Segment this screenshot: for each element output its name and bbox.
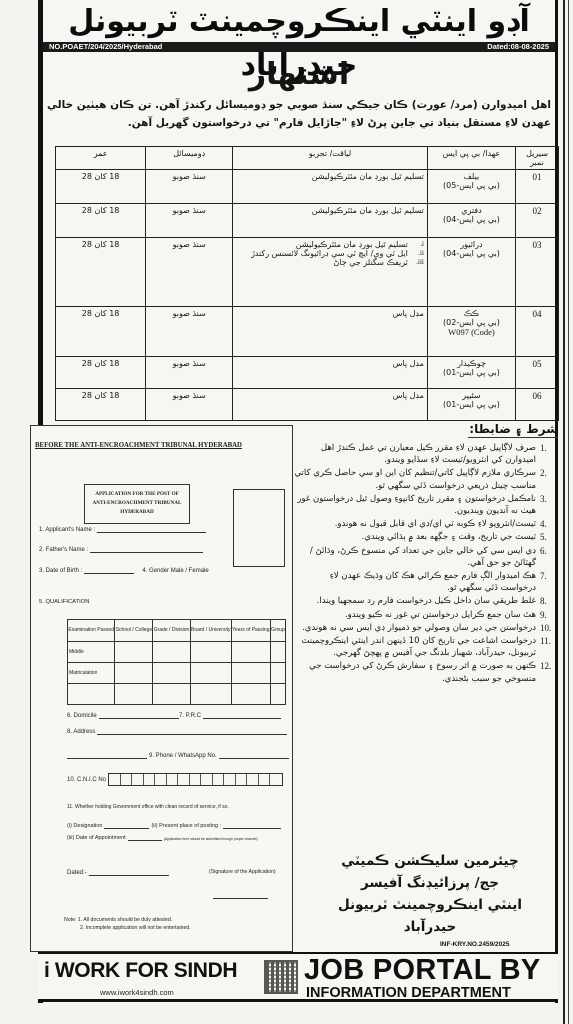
- inf-number: INF-KRY.NO.2459/2025: [440, 941, 510, 948]
- list-item: 10.درخواستن جي دير سان وصولي جو ذميوار ڊ…: [292, 622, 558, 634]
- terms-list: 1.صرف لاڳاپيل عهدن لاءِ مقرر ڪيل معيارن …: [292, 442, 558, 685]
- list-item: 5.ٽيسٽ جي تاريخ، وقت ۽ جڳهه بعد ۾ ٻڌائي …: [292, 531, 558, 543]
- domicile-cell: سنڌ صوبو: [146, 170, 233, 204]
- item-marker: iii.: [414, 258, 424, 267]
- post-name: دفتري: [431, 206, 512, 215]
- qr-code-icon: [264, 960, 298, 994]
- domicile-cell: سنڌ صوبو: [146, 307, 233, 357]
- serial-cell: 02: [515, 204, 558, 238]
- qual-row[interactable]: [68, 684, 286, 705]
- qual-row[interactable]: Matriculation: [68, 663, 286, 684]
- post-cell: سئيپر(بي پي ايس-01): [427, 389, 515, 421]
- father-name-field[interactable]: 2. Father's Name :: [39, 546, 203, 553]
- website-link[interactable]: www.iwork4sindh.com: [100, 988, 174, 997]
- signature-line[interactable]: [213, 892, 268, 899]
- date-label: Dated:08-08-2025: [487, 42, 549, 52]
- post-bps: (بي پي ايس-02): [431, 318, 512, 327]
- page-border-rule: [568, 0, 569, 1024]
- age-cell: 18 کان 28: [56, 204, 146, 238]
- footer-banner: i WORK FOR SINDH www.iwork4sindh.com JOB…: [38, 952, 558, 1002]
- qualification-title: 5. QUALIFICATION: [39, 599, 89, 605]
- list-item: 1.صرف لاڳاپيل عهدن لاءِ مقرر ڪيل معيارن …: [292, 442, 558, 466]
- qualification-cell: تسليم ٿيل بورڊ مان مئٽرڪيوليشن: [233, 204, 428, 238]
- domicile-cell: سنڌ صوبو: [146, 204, 233, 238]
- post-cell: دفتري(بي پي ايس-04): [427, 204, 515, 238]
- table-row: 01 بيلف(بي پي ايس-05) تسليم ٿيل بورڊ مان…: [56, 170, 559, 204]
- serial-cell: 06: [515, 389, 558, 421]
- prc-field[interactable]: 7. P.R.C: [179, 712, 281, 719]
- job-portal-label: JOB PORTAL BY: [304, 954, 540, 987]
- table-row: 06 سئيپر(بي پي ايس-01) مڊل پاس سنڌ صوبو …: [56, 389, 559, 421]
- age-cell: 18 کان 28: [56, 307, 146, 357]
- list-item: 3.نامڪمل درخواستون ۽ مقرر تاريخ کانپوءِ …: [292, 493, 558, 517]
- form-title-box: APPLICATION FOR THE POST OF ANTI-ENCROAC…: [84, 484, 190, 524]
- advertisement-heading: اشتهار: [43, 54, 555, 96]
- terms-title: شرط ۽ ضابطا:: [468, 422, 558, 438]
- reference-number: NO.POAET/204/2025/Hyderabad: [49, 42, 162, 52]
- photo-box[interactable]: [233, 489, 285, 567]
- govt-office-question: 11. Whether holding Government office wi…: [67, 804, 229, 810]
- qualification-item: iii.ٽريفڪ سگنلز جي ڄاڻ: [236, 258, 424, 267]
- age-cell: 18 کان 28: [56, 238, 146, 307]
- item-marker: i.: [414, 240, 424, 249]
- department-label: INFORMATION DEPARTMENT: [306, 985, 511, 1001]
- form-notes: Note: 1. All documents should be duly at…: [64, 916, 191, 932]
- post-cell: ڪڪ(بي پي ايس-02)W097 (Code): [427, 307, 515, 357]
- applicant-name-field[interactable]: 1. Applicant's Name :: [39, 526, 206, 533]
- table-header-row: سيريل نمبر عهدا/ بي پي ايس لياقت/ تجربو …: [56, 147, 559, 170]
- posts-table: سيريل نمبر عهدا/ بي پي ايس لياقت/ تجربو …: [55, 146, 559, 421]
- dated-field[interactable]: Dated:-: [67, 869, 169, 876]
- col-serial: سيريل نمبر: [515, 147, 558, 170]
- post-name: چوڪيدار: [431, 359, 512, 368]
- post-name: سئيپر: [431, 391, 512, 400]
- list-item: 11.درخواست اشاعت جي تاريخ کان 10 ڏينهن ا…: [292, 635, 558, 659]
- serial-cell: 03: [515, 238, 558, 307]
- col-qualification: لياقت/ تجربو: [233, 147, 428, 170]
- age-cell: 18 کان 28: [56, 357, 146, 389]
- post-code: W097 (Code): [431, 327, 512, 337]
- qualification-table: Examination Passed School / College Grad…: [67, 619, 286, 705]
- post-bps: (بي پي ايس-04): [431, 249, 512, 258]
- qualification-cell: i.تسليم ٿيل بورڊ مان مئٽرڪيوليشن ii.ايل …: [233, 238, 428, 307]
- intro-paragraph: اهل اميدوارن (مرد/ عورت) ڪان جيڪي سنڌ صو…: [47, 96, 551, 132]
- post-bps: (بي پي ايس-01): [431, 368, 512, 377]
- signature-label: (Signature of the Application): [209, 869, 276, 875]
- form-heading: BEFORE THE ANTI-ENCROACHMENT TRIBUNAL HY…: [35, 442, 242, 449]
- application-form: BEFORE THE ANTI-ENCROACHMENT TRIBUNAL HY…: [30, 425, 293, 952]
- domicile-cell: سنڌ صوبو: [146, 357, 233, 389]
- table-row: 04 ڪڪ(بي پي ايس-02)W097 (Code) مڊل پاس س…: [56, 307, 559, 357]
- qualification-item: ii.ايل ٽي وي/ ايچ ٽي سي ڊرائيونگ لائسنس …: [236, 249, 424, 258]
- list-item: 8.غلط طريقي سان داخل ڪيل درخواست فارم رد…: [292, 595, 558, 607]
- page-title: آڊو اينٽي اينڪروچمينٽ ٽربيونل حيدرآباد: [43, 0, 555, 44]
- list-item: 2.سرڪاري ملازم لاڳاپيل کاتي/تنظيم کان اي…: [292, 467, 558, 491]
- serial-cell: 01: [515, 170, 558, 204]
- col-domicile: ڊوميسائل: [146, 147, 233, 170]
- iwork-logo: i WORK FOR SINDH: [44, 959, 237, 983]
- domicile-field[interactable]: 6. Domicile: [67, 712, 179, 719]
- dob-field[interactable]: 3. Date of Birth :4. Gender Male / Femal…: [39, 567, 209, 574]
- post-name: بيلف: [431, 172, 512, 181]
- table-row: 05 چوڪيدار(بي پي ايس-01) مڊل پاس سنڌ صوب…: [56, 357, 559, 389]
- post-name: ڊرائيور: [431, 240, 512, 249]
- qualification-cell: مڊل پاس: [233, 357, 428, 389]
- signatory-block: چيئرمين سليڪشن ڪميٽي جج/ پرزائيڊنگ آفيسر…: [320, 850, 540, 938]
- i-logo-icon: i: [44, 959, 49, 982]
- list-item: 4.ٽيسٽ/انٽرويو لاءِ ڪوبه ٽي اي/ڊي اي قاب…: [292, 518, 558, 530]
- channel-note: (Application form should be submitted th…: [164, 837, 258, 841]
- designation-field[interactable]: (i) Designation(ii) Present place of pos…: [67, 822, 281, 829]
- qual-header-row: Examination Passed School / College Grad…: [68, 620, 286, 642]
- posting-field[interactable]: (ii) Present place of posting :: [151, 823, 221, 829]
- qualification-item: i.تسليم ٿيل بورڊ مان مئٽرڪيوليشن: [236, 240, 424, 249]
- terms-conditions: شرط ۽ ضابطا: 1.صرف لاڳاپيل عهدن لاءِ مقر…: [292, 422, 558, 686]
- page-border-rule: [563, 0, 565, 1024]
- post-cell: چوڪيدار(بي پي ايس-01): [427, 357, 515, 389]
- post-cell: بيلف(بي پي ايس-05): [427, 170, 515, 204]
- reference-bar: NO.POAET/204/2025/Hyderabad Dated:08-08-…: [43, 42, 555, 52]
- gender-field[interactable]: 4. Gender Male / Female: [142, 568, 208, 574]
- post-cell: ڊرائيور(بي پي ايس-04): [427, 238, 515, 307]
- cnic-field[interactable]: 10. C.N.I.C No: [67, 773, 283, 786]
- list-item: 7.هڪ اميدوار الڳ فارم جمع ڪرائي هڪ کان و…: [292, 570, 558, 594]
- col-post: عهدا/ بي پي ايس: [427, 147, 515, 170]
- col-age: عمر: [56, 147, 146, 170]
- table-row: 02 دفتري(بي پي ايس-04) تسليم ٿيل بورڊ ما…: [56, 204, 559, 238]
- qual-row[interactable]: Middle: [68, 642, 286, 663]
- post-bps: (بي پي ايس-04): [431, 215, 512, 224]
- domicile-cell: سنڌ صوبو: [146, 389, 233, 421]
- domicile-cell: سنڌ صوبو: [146, 238, 233, 307]
- post-bps: (بي پي ايس-01): [431, 400, 512, 409]
- qualification-cell: مڊل پاس: [233, 389, 428, 421]
- age-cell: 18 کان 28: [56, 170, 146, 204]
- post-name: ڪڪ: [431, 309, 512, 318]
- qualification-cell: مڊل پاس: [233, 307, 428, 357]
- phone-field[interactable]: 9. Phone / WhatsApp No.: [67, 752, 289, 759]
- cnic-boxes[interactable]: [108, 773, 283, 786]
- qualification-cell: تسليم ٿيل بورڊ مان مئٽرڪيوليشن: [233, 170, 428, 204]
- post-bps: (بي پي ايس-05): [431, 181, 512, 190]
- age-cell: 18 کان 28: [56, 389, 146, 421]
- address-field[interactable]: 8. Address: [67, 728, 287, 735]
- list-item: 6.ڊي ايس سي کي خالي جاين جي تعداد کي منس…: [292, 545, 558, 569]
- table-row: 03 ڊرائيور(بي پي ايس-04) i.تسليم ٿيل بور…: [56, 238, 559, 307]
- appointment-field[interactable]: (iii) Date of Appointment(Application fo…: [67, 834, 258, 841]
- list-item: 12.ڪنهن به صورت ۾ اثر رسوخ ۽ سفارش ڪرڻ ک…: [292, 660, 558, 684]
- serial-cell: 04: [515, 307, 558, 357]
- serial-cell: 05: [515, 357, 558, 389]
- list-item: 9.هٿ سان جمع ڪرايل درخواستن تي غور نه ڪي…: [292, 609, 558, 621]
- item-marker: ii.: [414, 249, 424, 258]
